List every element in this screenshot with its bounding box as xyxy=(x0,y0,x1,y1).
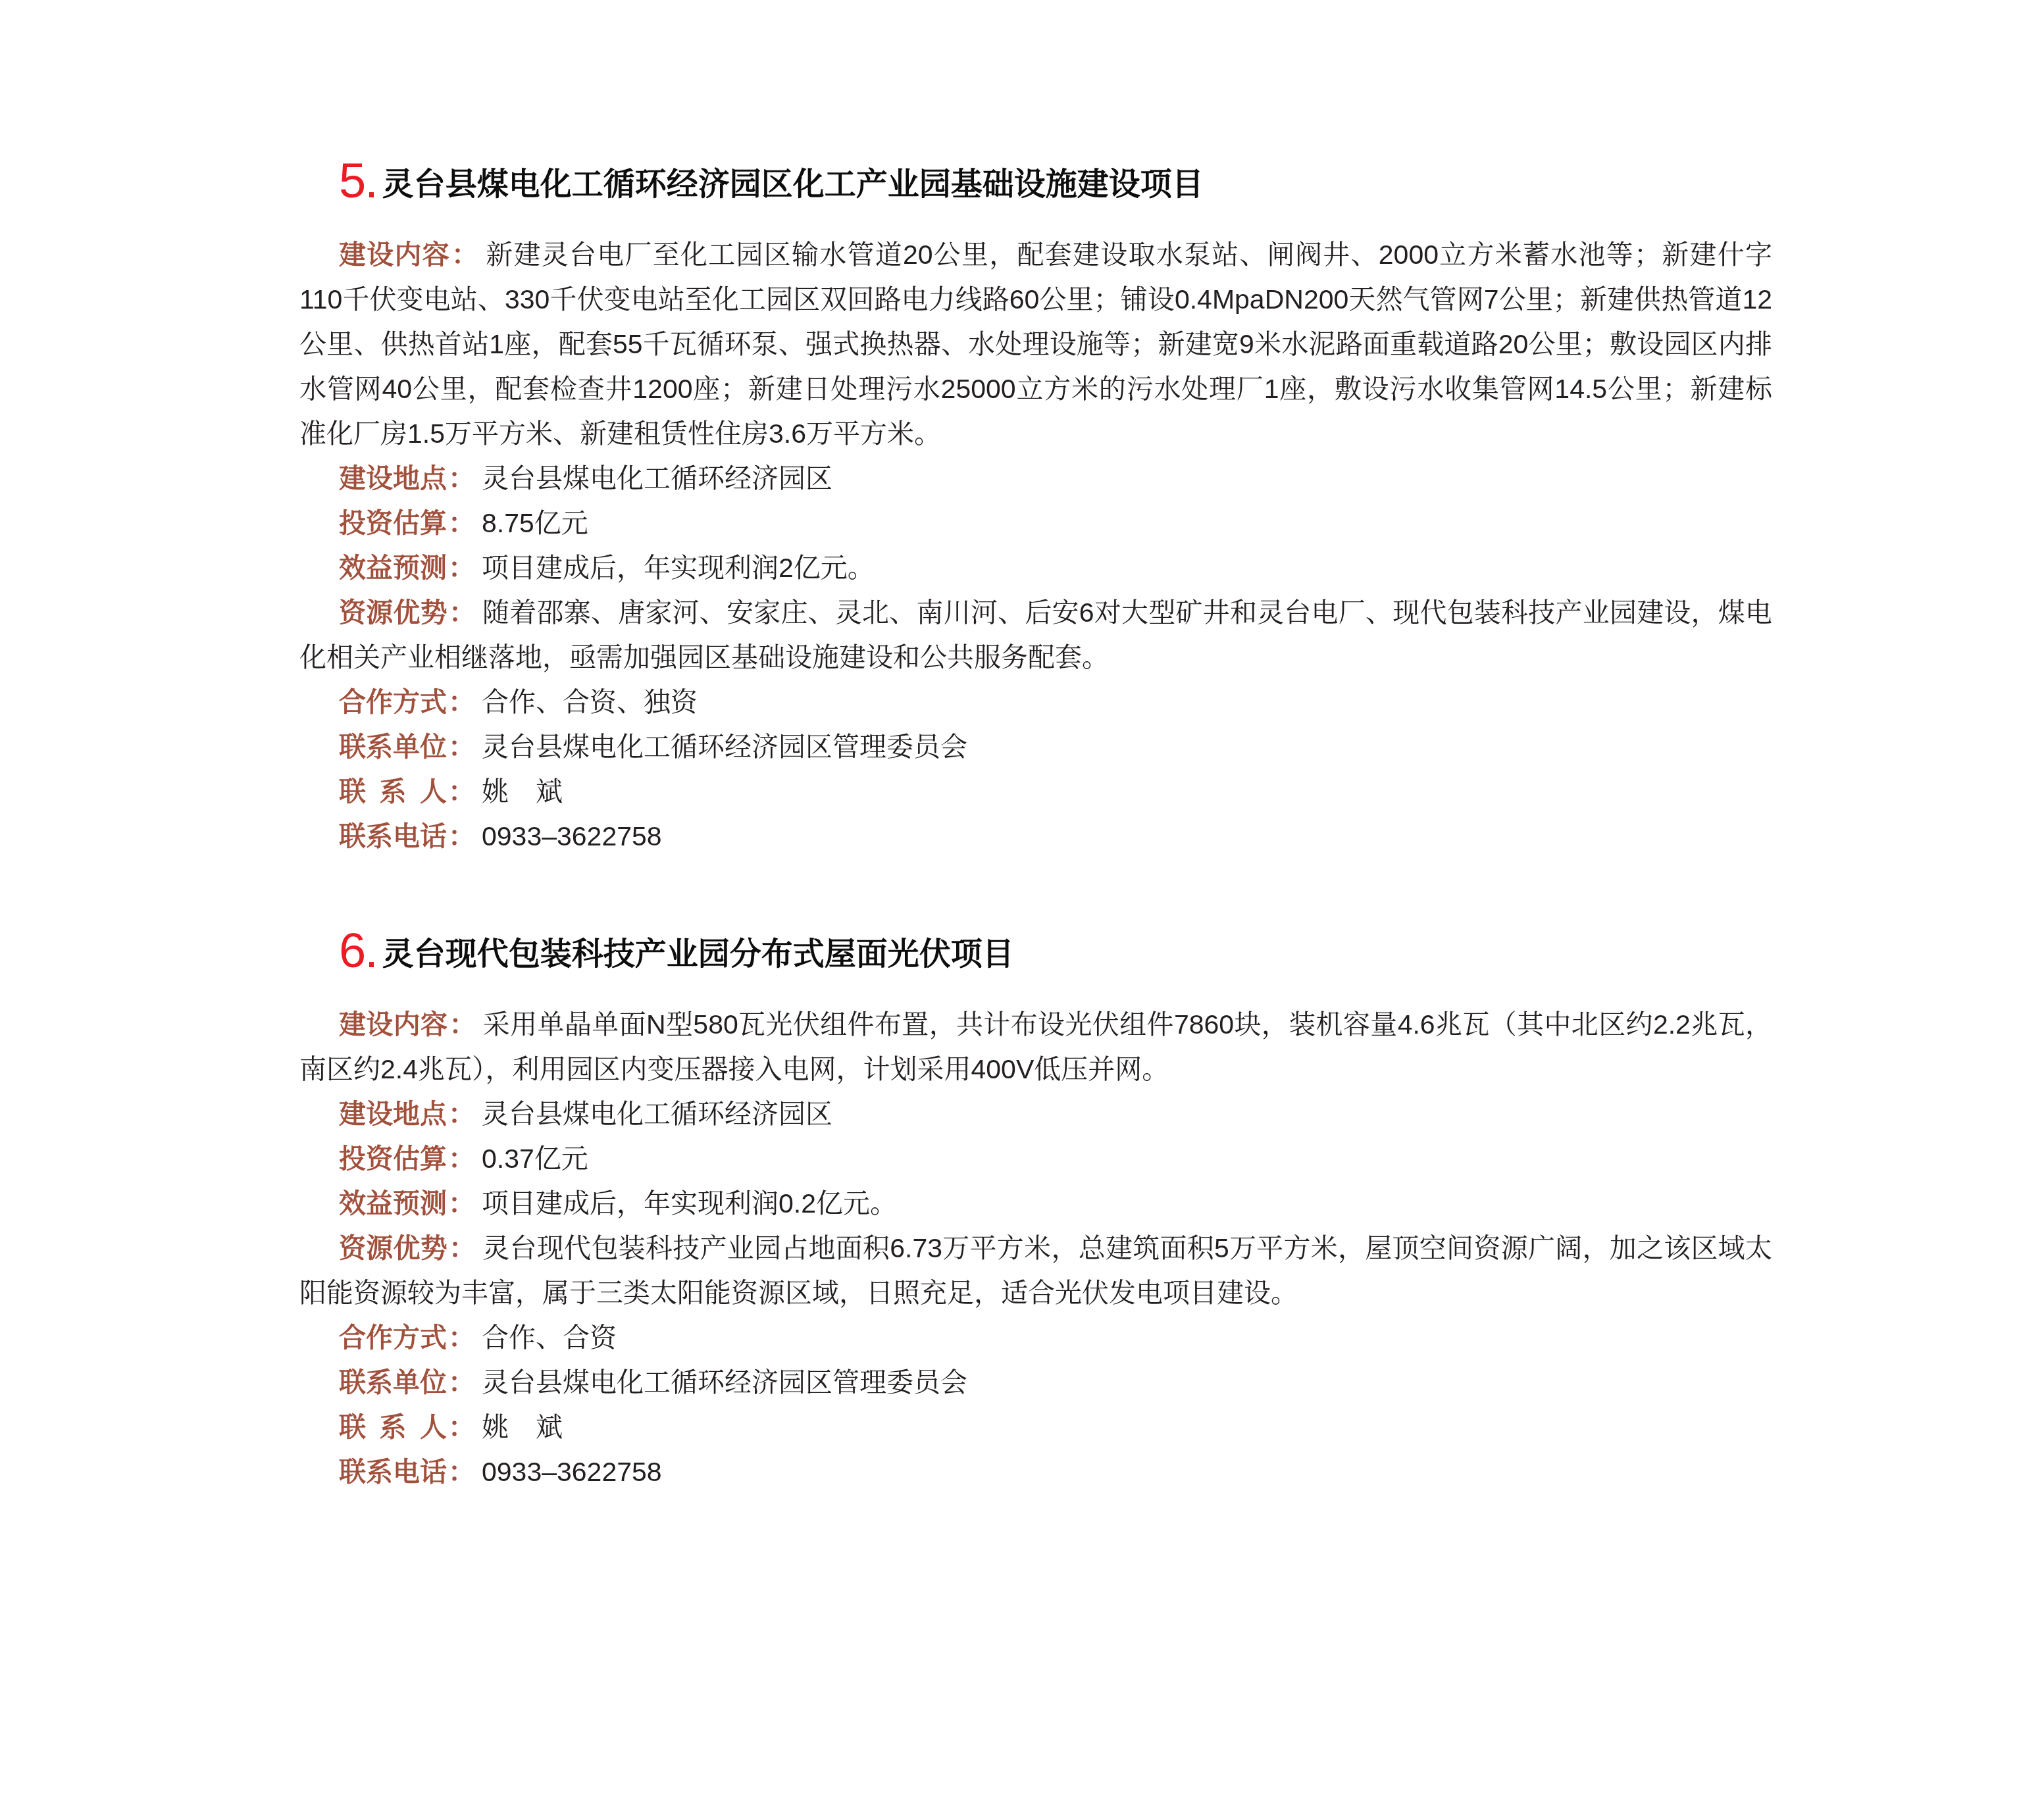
field-cooperation-mode: 合作方式：合作、合资 xyxy=(299,1315,1772,1360)
section-5-fields: 建设内容：新建灵台电厂至化工园区输水管道20公里，配套建设取水泵站、闸阀井、20… xyxy=(299,232,1772,859)
field-colon: ： xyxy=(448,463,475,493)
field-value: 姚 斌 xyxy=(482,776,563,807)
field-colon: ： xyxy=(449,1233,476,1263)
section-number: 6. xyxy=(339,926,377,975)
field-colon: ： xyxy=(448,1367,475,1397)
field-label-text: 联系单位 xyxy=(339,732,447,762)
field-label-text: 合作方式 xyxy=(339,1322,447,1353)
field-label: 建设地点： xyxy=(339,463,475,493)
field-label: 联系单位： xyxy=(339,732,475,762)
field-contact-unit: 联系单位：灵台县煤电化工循环经济园区管理委员会 xyxy=(299,724,1772,769)
field-label: 联系人： xyxy=(339,1412,475,1442)
field-label-text: 联系电话 xyxy=(339,821,447,851)
field-value: 0933–3622758 xyxy=(482,1457,662,1487)
field-resource-advantage: 资源优势：灵台现代包装科技产业园占地面积6.73万平方米，总建筑面积5万平方米，… xyxy=(299,1226,1772,1315)
field-label-text: 投资估算 xyxy=(339,508,447,538)
page-content: 5. 灵台县煤电化工循环经济园区化工产业园基础设施建设项目 建设内容：新建灵台电… xyxy=(299,0,1772,1494)
field-label: 资源优势： xyxy=(339,1233,476,1263)
field-contact-phone: 联系电话：0933–3622758 xyxy=(299,814,1772,859)
field-contact-person: 联系人：姚 斌 xyxy=(299,1405,1772,1449)
field-label-text: 联系单位 xyxy=(339,1367,447,1397)
field-construction-content: 建设内容：采用单晶单面N型580瓦光伏组件布置，共计布设光伏组件7860块，装机… xyxy=(299,1002,1772,1092)
field-value: 灵台县煤电化工循环经济园区 xyxy=(482,463,832,493)
project-section-6: 6. 灵台现代包装科技产业园分布式屋面光伏项目 建设内容：采用单晶单面N型580… xyxy=(299,918,1772,1494)
field-value: 合作、合资、独资 xyxy=(482,687,698,717)
field-investment-estimate: 投资估算：0.37亿元 xyxy=(299,1136,1772,1181)
field-colon: ： xyxy=(448,1099,475,1129)
section-6-fields: 建设内容：采用单晶单面N型580瓦光伏组件布置，共计布设光伏组件7860块，装机… xyxy=(299,1002,1772,1494)
field-label-text: 资源优势 xyxy=(339,1233,447,1263)
field-colon: ： xyxy=(451,239,479,270)
field-label-text: 联系人 xyxy=(339,776,461,807)
field-value: 姚 斌 xyxy=(482,1412,563,1442)
field-colon: ： xyxy=(448,553,475,583)
field-value: 0.37亿元 xyxy=(482,1144,588,1174)
field-label: 合作方式： xyxy=(339,1322,475,1353)
field-colon: ： xyxy=(448,687,475,717)
field-colon: ： xyxy=(448,1322,475,1353)
field-value: 采用单晶单面N型580瓦光伏组件布置，共计布设光伏组件7860块，装机容量4.6… xyxy=(299,1009,1772,1084)
field-colon: ： xyxy=(448,732,475,762)
field-colon: ： xyxy=(448,508,475,538)
field-label: 联系单位： xyxy=(339,1367,475,1397)
field-label: 资源优势： xyxy=(339,597,476,628)
document-page: 5. 灵台县煤电化工循环经济园区化工产业园基础设施建设项目 建设内容：新建灵台电… xyxy=(0,0,2044,1812)
section-title: 灵台县煤电化工循环经济园区化工产业园基础设施建设项目 xyxy=(382,159,1204,204)
field-value: 项目建成后，年实现利润0.2亿元。 xyxy=(482,1188,897,1219)
field-label-text: 资源优势 xyxy=(339,597,447,628)
field-label: 联系电话： xyxy=(339,1457,475,1487)
field-label-text: 建设内容 xyxy=(339,1009,447,1040)
field-colon: ： xyxy=(448,1144,475,1174)
field-value: 合作、合资 xyxy=(482,1322,617,1353)
field-label-text: 联系人 xyxy=(339,1412,461,1442)
field-label: 建设内容： xyxy=(339,239,479,270)
field-label-text: 效益预测 xyxy=(339,553,447,583)
section-6-header: 6. 灵台现代包装科技产业园分布式屋面光伏项目 xyxy=(339,918,1772,984)
field-label: 效益预测： xyxy=(339,1188,475,1219)
field-label-text: 合作方式 xyxy=(339,687,447,717)
field-construction-content: 建设内容：新建灵台电厂至化工园区输水管道20公里，配套建设取水泵站、闸阀井、20… xyxy=(299,232,1772,456)
field-colon: ： xyxy=(448,1457,475,1487)
field-value: 新建灵台电厂至化工园区输水管道20公里，配套建设取水泵站、闸阀井、2000立方米… xyxy=(299,239,1772,449)
section-5-header: 5. 灵台县煤电化工循环经济园区化工产业园基础设施建设项目 xyxy=(339,148,1772,214)
field-benefit-forecast: 效益预测：项目建成后，年实现利润0.2亿元。 xyxy=(299,1181,1772,1226)
field-contact-phone: 联系电话：0933–3622758 xyxy=(299,1449,1772,1494)
field-label: 建设地点： xyxy=(339,1099,475,1129)
field-colon: ： xyxy=(448,1188,475,1219)
field-value: 灵台县煤电化工循环经济园区管理委员会 xyxy=(482,732,967,762)
field-construction-location: 建设地点：灵台县煤电化工循环经济园区 xyxy=(299,456,1772,501)
field-colon: ： xyxy=(448,821,475,851)
field-label-text: 联系电话 xyxy=(339,1457,447,1487)
field-label: 建设内容： xyxy=(339,1009,476,1040)
field-cooperation-mode: 合作方式：合作、合资、独资 xyxy=(299,680,1772,724)
field-colon: ： xyxy=(448,1412,475,1442)
field-value: 随着邵寨、唐家河、安家庄、灵北、南川河、后安6对大型矿井和灵台电厂、现代包装科技… xyxy=(299,597,1772,672)
field-construction-location: 建设地点：灵台县煤电化工循环经济园区 xyxy=(299,1092,1772,1136)
field-investment-estimate: 投资估算：8.75亿元 xyxy=(299,501,1772,545)
field-contact-person: 联系人：姚 斌 xyxy=(299,769,1772,814)
field-label: 联系电话： xyxy=(339,821,475,851)
section-title: 灵台现代包装科技产业园分布式屋面光伏项目 xyxy=(382,928,1014,974)
field-value: 0933–3622758 xyxy=(482,821,662,851)
field-value: 灵台现代包装科技产业园占地面积6.73万平方米，总建筑面积5万平方米，屋顶空间资… xyxy=(299,1233,1772,1308)
field-colon: ： xyxy=(449,597,476,628)
field-label: 投资估算： xyxy=(339,1144,475,1174)
field-value: 8.75亿元 xyxy=(482,508,588,538)
field-value: 灵台县煤电化工循环经济园区管理委员会 xyxy=(482,1367,967,1397)
field-benefit-forecast: 效益预测：项目建成后，年实现利润2亿元。 xyxy=(299,545,1772,590)
field-value: 项目建成后，年实现利润2亿元。 xyxy=(482,553,875,583)
field-contact-unit: 联系单位：灵台县煤电化工循环经济园区管理委员会 xyxy=(299,1360,1772,1405)
field-label: 合作方式： xyxy=(339,687,475,717)
field-label-text: 建设地点 xyxy=(339,1099,447,1129)
field-colon: ： xyxy=(449,1009,476,1040)
field-label: 投资估算： xyxy=(339,508,475,538)
section-number: 5. xyxy=(339,157,377,205)
field-label-text: 建设地点 xyxy=(339,463,447,493)
field-label-text: 效益预测 xyxy=(339,1188,447,1219)
project-section-5: 5. 灵台县煤电化工循环经济园区化工产业园基础设施建设项目 建设内容：新建灵台电… xyxy=(299,148,1772,859)
field-value: 灵台县煤电化工循环经济园区 xyxy=(482,1099,832,1129)
field-label-text: 投资估算 xyxy=(339,1144,447,1174)
field-label: 联系人： xyxy=(339,776,475,807)
field-label: 效益预测： xyxy=(339,553,475,583)
field-resource-advantage: 资源优势：随着邵寨、唐家河、安家庄、灵北、南川河、后安6对大型矿井和灵台电厂、现… xyxy=(299,590,1772,680)
field-colon: ： xyxy=(448,776,475,807)
field-label-text: 建设内容 xyxy=(339,239,450,270)
